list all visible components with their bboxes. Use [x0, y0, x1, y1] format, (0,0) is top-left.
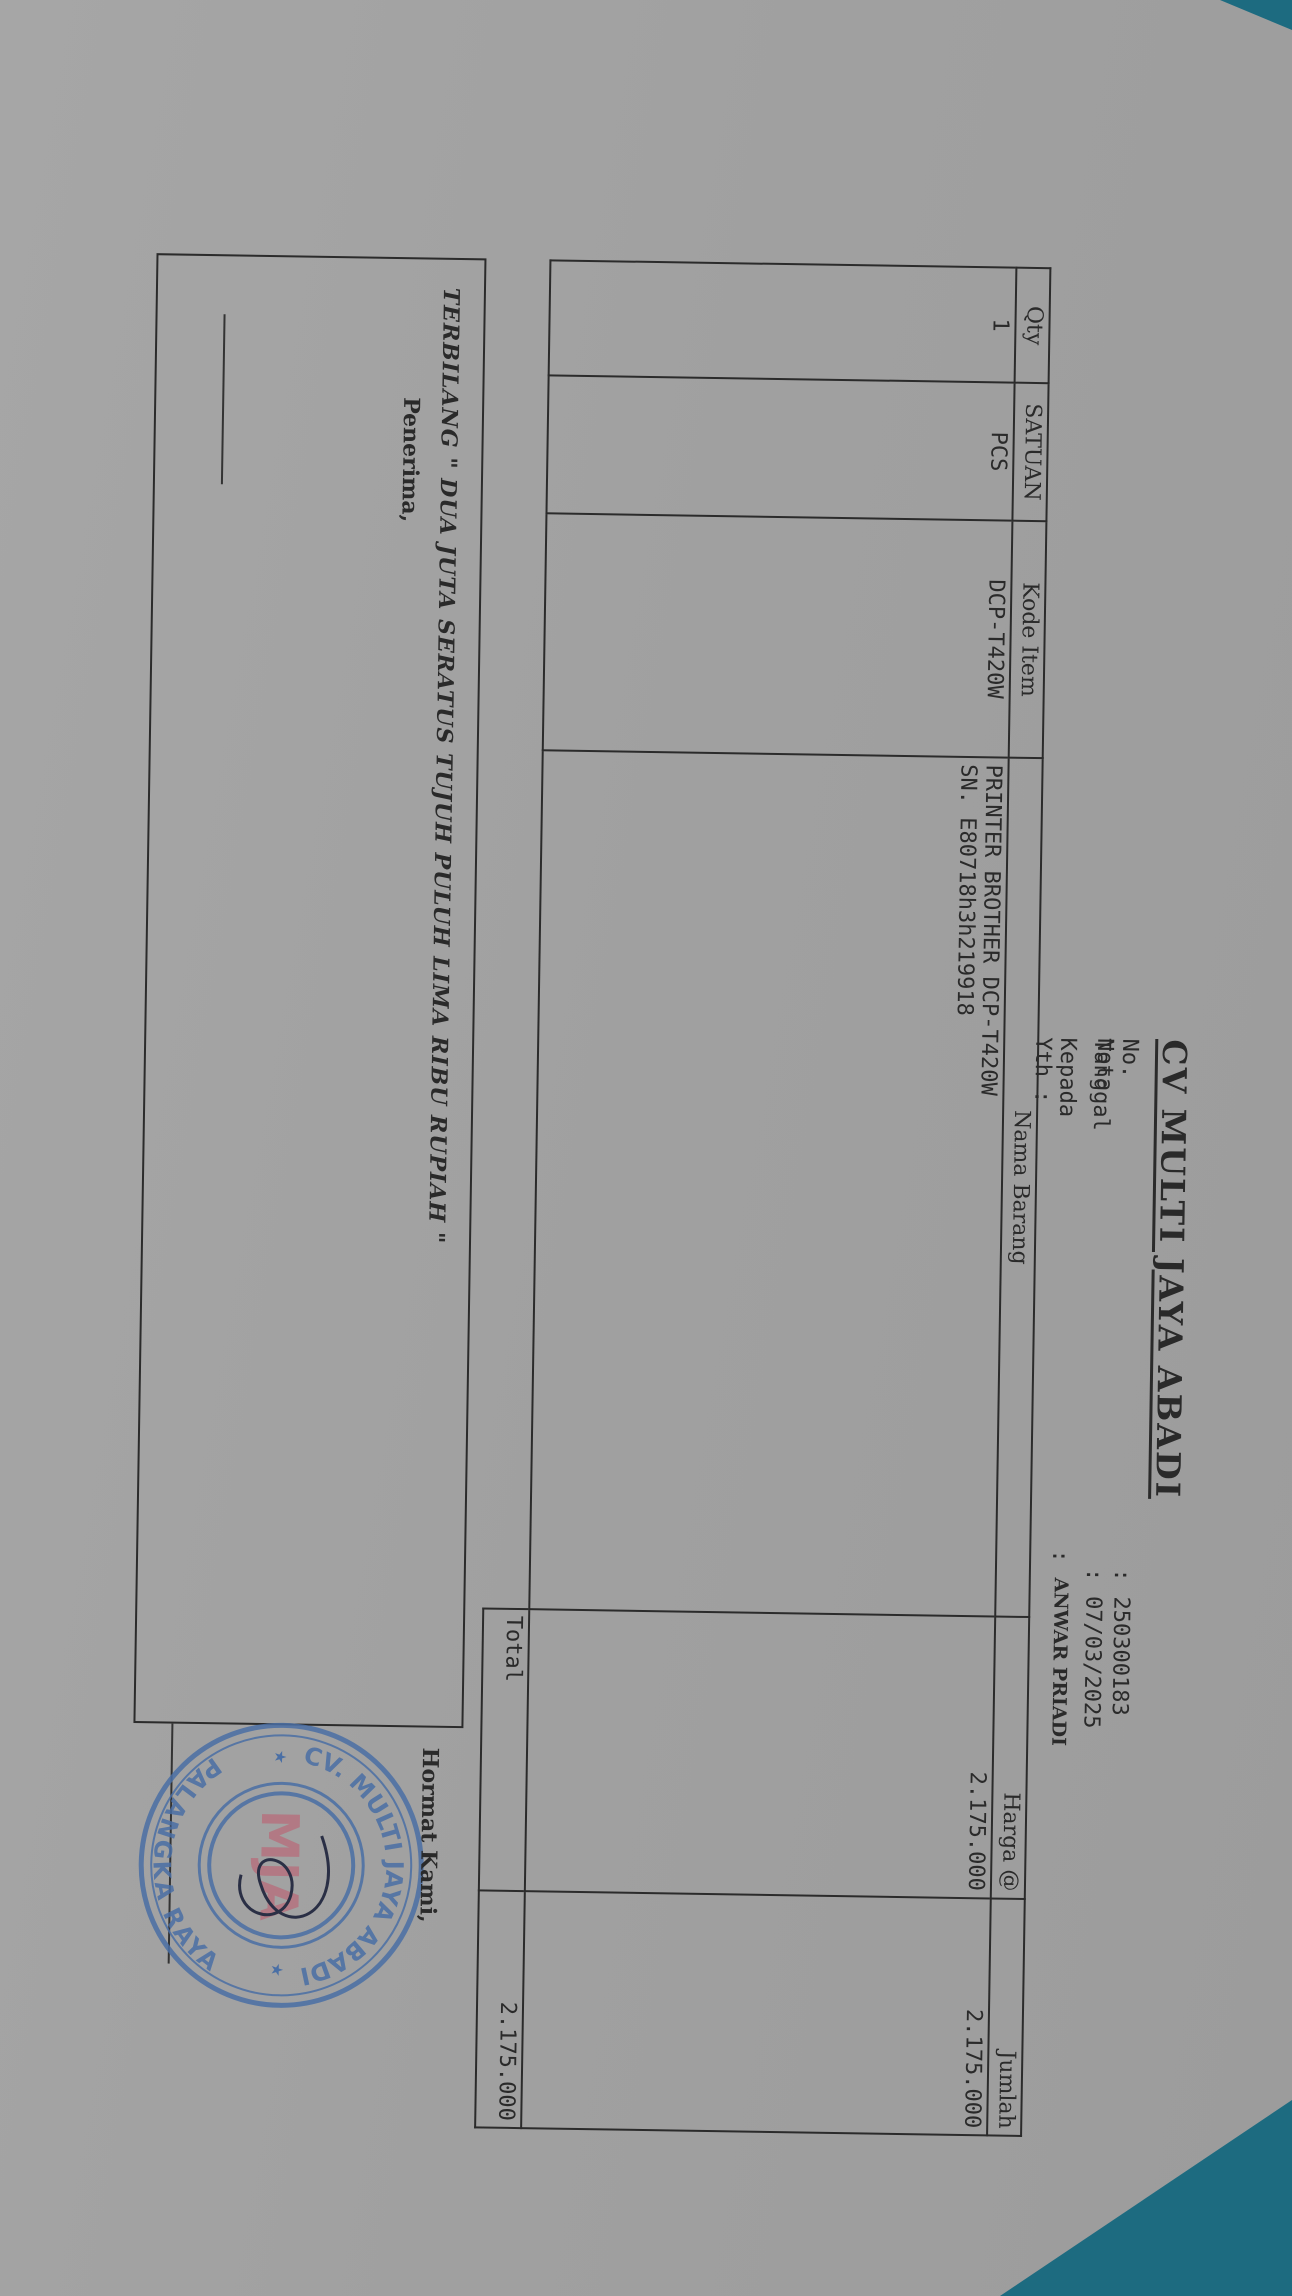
header-satuan: SATUAN — [1012, 383, 1048, 521]
svg-text:PALANGKA RAYA: PALANGKA RAYA — [146, 1751, 228, 1977]
amount-in-words: TERBILANG " DUA JUTA SERATUS TUJUH PULUH… — [133, 253, 486, 1728]
header-qty: Qty — [1015, 268, 1051, 384]
header-harga: Harga @ — [991, 1616, 1029, 1898]
cell-kode-item: DCP-T420W — [543, 513, 1013, 758]
company-stamp-icon: CV. MULTI JAYA ABADI PALANGKA RAYA ★ ★ M… — [129, 1713, 434, 2018]
issuer-label: Hormat Kami, — [414, 1747, 443, 1922]
cell-nama-barang: PRINTER BROTHER DCP-T420W SN. E80718h3h2… — [529, 751, 1008, 1617]
company-name: CV MULTI JAYA ABADI — [1148, 1039, 1194, 1499]
field-label: Tanggal — [1088, 1038, 1114, 1131]
cell-qty: 1 — [549, 260, 1017, 383]
table-row: 1 PCS DCP-T420W PRINTER BROTHER DCP-T420… — [521, 260, 1016, 2135]
field-value: 07/03/2025 — [1078, 1596, 1105, 1729]
stamp-star-right: ★ — [265, 1963, 290, 1977]
field-colon: : — [1081, 1568, 1106, 1582]
recipient-label: Penerima, — [396, 397, 424, 522]
cell-jumlah: 2.175.000 — [521, 1891, 991, 2136]
items-table: Qty SATUAN Kode Item Nama Barang Harga @… — [474, 259, 1051, 2137]
stamp-bottom-text: PALANGKA RAYA — [146, 1751, 228, 1977]
invoice-sheet: CV MULTI JAYA ABADI No. Nota : 250300183… — [77, 22, 1230, 2159]
stamp-monogram: MJA — [247, 1809, 309, 1921]
total-label: Total — [479, 1608, 529, 1890]
field-value: 250300183 — [1107, 1596, 1134, 1716]
stamp-star-left: ★ — [269, 1750, 294, 1764]
header-kode-item: Kode Item — [1009, 521, 1047, 759]
header-jumlah: Jumlah — [987, 1898, 1025, 2136]
total-value: 2.175.000 — [475, 1890, 525, 2128]
field-colon: : — [1109, 1568, 1134, 1582]
field-colon: : — [1047, 1549, 1072, 1563]
cell-satuan: PCS — [546, 376, 1014, 521]
field-value: ANWAR PRIADI — [1047, 1577, 1072, 1746]
cell-harga: 2.175.000 — [525, 1609, 995, 1898]
